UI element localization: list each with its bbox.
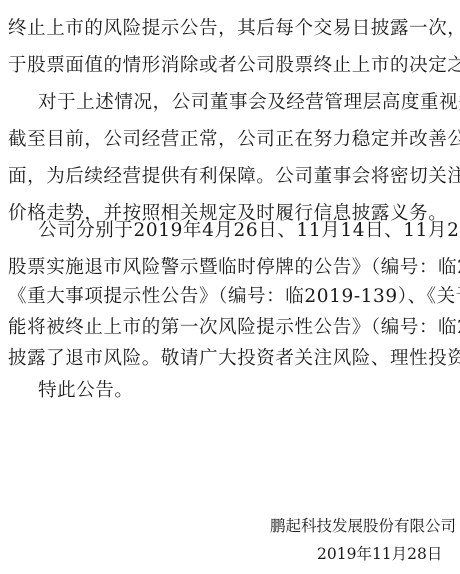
- paragraph-line: 于股票面值的情形消除或者公司股票终止上市的决定之日。: [8, 55, 454, 77]
- paragraph-line: 《重大事项提示性公告》（编号：临2019-139）、《关于公司股票可: [8, 286, 454, 308]
- signature-company: 鹏起科技发展股份有限公司: [270, 516, 456, 536]
- paragraph-line: 面，为后续经营提供有利保障。公司董事会将密切关注公司当前股票: [8, 166, 454, 188]
- paragraph-line: 能将被终止上市的第一次风险提示性公告》（编号：临2019-143），: [8, 317, 454, 339]
- paragraph-line: 股票实施退市风险警示暨临时停牌的公告》（编号：临2019-047）、: [8, 257, 454, 279]
- paragraph-line: 公司分别于2019年4月26日、11月14日、11月27日发布了《关于: [38, 220, 460, 242]
- signature-date: 2019年11月28日: [317, 544, 442, 564]
- paragraph-line: 截至目前，公司经营正常，公司正在努力稳定并改善公司经营的基本: [8, 129, 454, 151]
- paragraph-line: 披露了退市风险。敬请广大投资者关注风险、理性投资。: [8, 348, 454, 370]
- announcement-document: 终止上市的风险提示公告，其后每个交易日披露一次，直至收盘价低 于股票面值的情形消…: [0, 0, 460, 574]
- paragraph-line: 对于上述情况，公司董事会及经营管理层高度重视并密切关注。: [38, 92, 460, 114]
- closing-line: 特此公告。: [38, 380, 460, 402]
- paragraph-line: 终止上市的风险提示公告，其后每个交易日披露一次，直至收盘价低: [8, 18, 454, 40]
